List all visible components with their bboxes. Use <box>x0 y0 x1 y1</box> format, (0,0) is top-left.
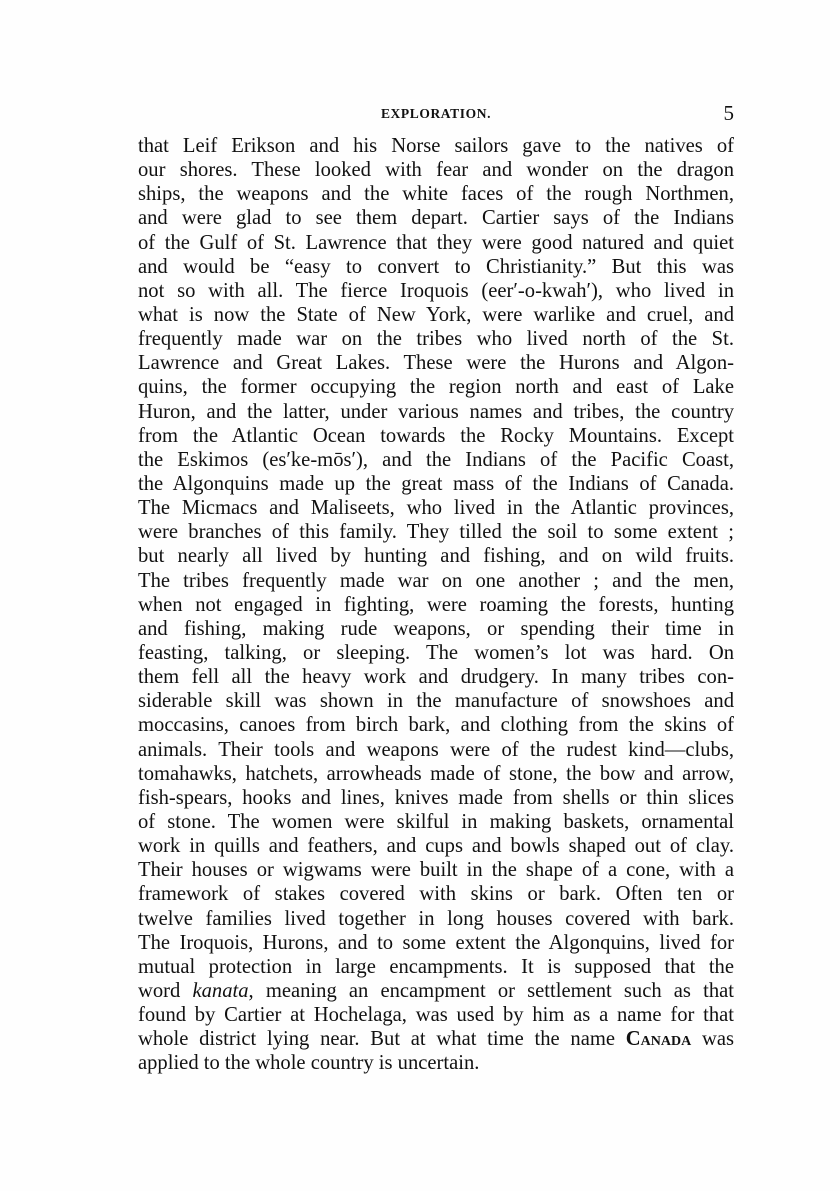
running-title: EXPLORATION. <box>138 106 734 122</box>
text-line: the Eskimos (es′ke-mōs′), and the Indian… <box>138 448 734 472</box>
running-head: EXPLORATION. 5 <box>138 102 734 126</box>
text-line: fish-spears, hooks and lines, knives mad… <box>138 786 734 810</box>
text-line: Huron, and the latter, under various nam… <box>138 400 734 424</box>
text-line: from the Atlantic Ocean towards the Rock… <box>138 424 734 448</box>
text-line: tomahawks, hatchets, arrowheads made of … <box>138 762 734 786</box>
text-line: quins, the former occupying the region n… <box>138 375 734 399</box>
text-line: the Algonquins made up the great mass of… <box>138 472 734 496</box>
text-line: frequently made war on the tribes who li… <box>138 327 734 351</box>
text-line: them fell all the heavy work and drudger… <box>138 665 734 689</box>
text-line: The tribes frequently made war on one an… <box>138 569 734 593</box>
text-fragment: was <box>691 1028 734 1050</box>
text-fragment: whole district lying near. But at what t… <box>138 1028 626 1050</box>
text-fragment: , meaning an encampment or settlement su… <box>249 980 734 1002</box>
text-line: of the Gulf of St. Lawrence that they we… <box>138 231 734 255</box>
text-line: and would be “easy to convert to Christi… <box>138 255 734 279</box>
text-line: of stone. The women were skilful in maki… <box>138 810 734 834</box>
text-line: Lawrence and Great Lakes. These were the… <box>138 351 734 375</box>
text-line: ships, the weapons and the white faces o… <box>138 182 734 206</box>
text-line: when not engaged in fighting, were roami… <box>138 593 734 617</box>
page-number: 5 <box>724 101 735 126</box>
text-line: word kanata, meaning an encampment or se… <box>138 979 734 1003</box>
text-line: mutual protection in large encampments. … <box>138 955 734 979</box>
text-line: but nearly all lived by hunting and fish… <box>138 544 734 568</box>
text-line: moccasins, canoes from birch bark, and c… <box>138 713 734 737</box>
text-line: that Leif Erikson and his Norse sailors … <box>138 134 734 158</box>
text-line: what is now the State of New York, were … <box>138 303 734 327</box>
text-line: siderable skill was shown in the manufac… <box>138 689 734 713</box>
text-line: feasting, talking, or sleeping. The wome… <box>138 641 734 665</box>
body-paragraph: that Leif Erikson and his Norse sailors … <box>138 134 734 1075</box>
text-line: and fishing, making rude weapons, or spe… <box>138 617 734 641</box>
text-line: The Iroquois, Hurons, and to some extent… <box>138 931 734 955</box>
text-line: framework of stakes covered with skins o… <box>138 882 734 906</box>
italic-term-kanata: kanata <box>192 980 248 1002</box>
text-line: were branches of this family. They tille… <box>138 520 734 544</box>
book-page: EXPLORATION. 5 that Leif Erikson and his… <box>0 0 840 1191</box>
text-line: whole district lying near. But at what t… <box>138 1027 734 1051</box>
text-line: work in quills and feathers, and cups an… <box>138 834 734 858</box>
text-line: and were glad to see them depart. Cartie… <box>138 206 734 230</box>
text-line: Their houses or wigwams were built in th… <box>138 858 734 882</box>
text-line: not so with all. The fierce Iroquois (ee… <box>138 279 734 303</box>
text-fragment: word <box>138 980 192 1002</box>
smallcaps-term-canada: Canada <box>626 1028 691 1050</box>
text-line: animals. Their tools and weapons were of… <box>138 738 734 762</box>
text-line: twelve families lived together in long h… <box>138 907 734 931</box>
text-line: our shores. These looked with fear and w… <box>138 158 734 182</box>
text-line: The Micmacs and Maliseets, who lived in … <box>138 496 734 520</box>
text-line: found by Cartier at Hochelaga, was used … <box>138 1003 734 1027</box>
text-line-final: applied to the whole country is uncertai… <box>138 1051 734 1075</box>
